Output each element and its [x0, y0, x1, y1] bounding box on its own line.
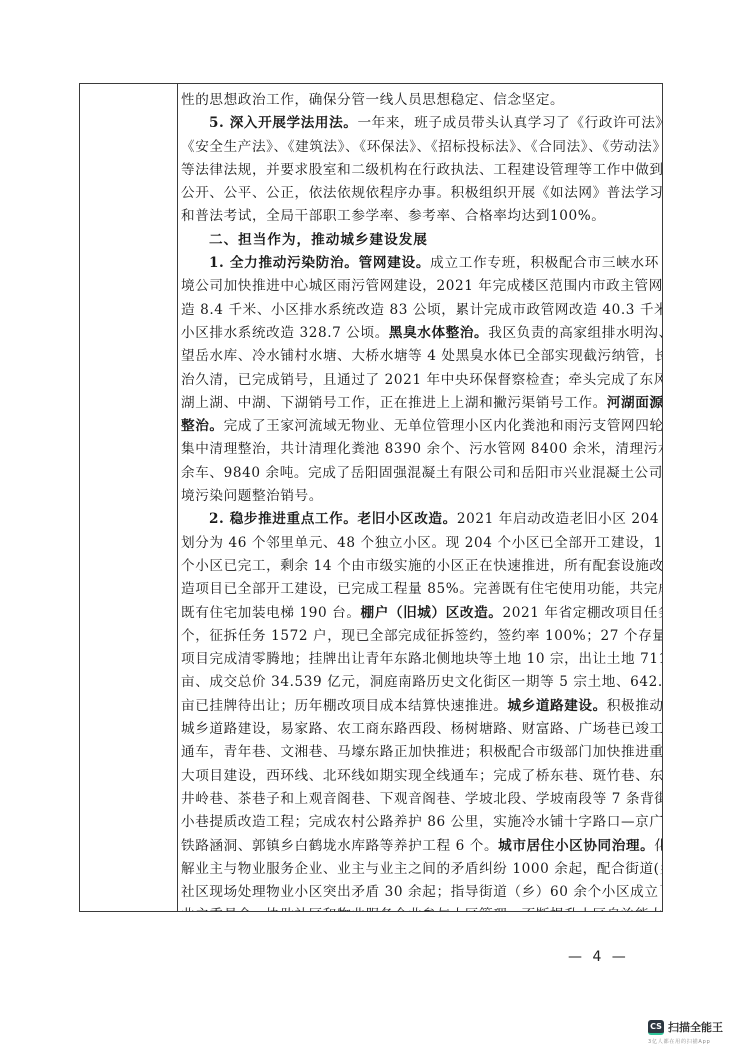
text-line: 造项目已全部开工建设，已完成工程量 85%。完善既有住宅使用功能，共完成 — [181, 578, 659, 601]
text-line: 境公司加快推进中心城区雨污管网建设，2021 年完成楼区范围内市政主管网改 — [181, 275, 659, 298]
line-text: 社区现场处理物业小区突出矛盾 30 余起；指导街道（乡）60 余个小区成立了 — [181, 884, 662, 900]
line-text: 集中清理整治，共计清理化粪池 8390 余个、污水管网 8400 余米，清理污水… — [181, 441, 662, 457]
line-text: 既有住宅加装电梯 190 台。 — [181, 605, 361, 621]
section-heading: 二、担当作为，推动城乡建设发展 — [181, 229, 659, 252]
line-text: 划分为 46 个邻里单元、48 个独立小区。现 204 个小区已全部开工建设，1… — [181, 535, 662, 551]
text-line: 社区现场处理物业小区突出矛盾 30 余起；指导街道（乡）60 余个小区成立了 — [181, 881, 659, 904]
line-text: 和普法考试，全局干部职工参学率、参考率、合格率均达到100%。 — [181, 208, 606, 224]
line-text: 2021 年省定棚改项目任务 7 — [502, 605, 662, 621]
bold-keyword: 1. 全力推动污染防治。管网建设。 — [209, 255, 430, 271]
line-text: 小巷提质改造工程；完成农村公路养护 86 公里，实施冷水铺十字路口—京广 — [181, 814, 662, 830]
line-text: 等法律法规，并要求股室和二级机构在行政执法、工程建设管理等工作中做到 — [181, 162, 662, 178]
bold-keyword: 2. 稳步推进重点工作。老旧小区改造。 — [209, 511, 457, 527]
text-line: 小区排水系统改造 328.7 公顷。黑臭水体整治。我区负责的高家组排水明沟、 — [181, 322, 659, 345]
text-line: 项目完成清零腾地；挂牌出让青年东路北侧地块等土地 10 宗，出让土地 711.1… — [181, 648, 659, 671]
line-text: 化 — [654, 838, 662, 854]
text-line: 公开、公平、公正，依法依规依程序办事。积极组织开展《如法网》普法学习 — [181, 182, 659, 205]
line-text: 成立工作专班，积极配合市三峡水环 — [430, 255, 659, 271]
text-line: 治久清，已完成销号，且通过了 2021 年中央环保督察检查；牵头完成了东风 — [181, 369, 659, 392]
line-text: 我区负责的高家组排水明沟、 — [488, 325, 662, 341]
text-line: 解业主与物业服务企业、业主与业主之间的矛盾纠纷 1000 余起，配合街道(乡)、 — [181, 858, 659, 881]
camscanner-logo-icon: CS — [648, 1020, 664, 1035]
bold-keyword: 城市居住小区协同治理。 — [498, 838, 654, 854]
text-line: 通车，青年巷、文湘巷、马壕东路正加快推进；积极配合市级部门加快推进重 — [181, 741, 659, 764]
bold-keyword: 城乡道路建设。 — [507, 698, 606, 714]
text-line: 城乡道路建设，易家路、农工商东路西段、杨树塘路、财富路、广场巷已竣工 — [181, 718, 659, 741]
text-line: 井岭巷、茶巷子和上观音阁巷、下观音阁巷、学坡北段、学坡南段等 7 条背街 — [181, 788, 659, 811]
line-text: 治久清，已完成销号，且通过了 2021 年中央环保督察检查；牵头完成了东风 — [181, 372, 662, 388]
line-text: 积极推动 — [607, 698, 662, 714]
text-line: 铁路涵洞、郭镇乡白鹤垅水库路等养护工程 6 个。城市居住小区协同治理。化 — [181, 835, 659, 858]
line-text: 个小区已完工，剩余 14 个由市级实施的小区正在快速推进，所有配套设施改 — [181, 558, 662, 574]
bold-keyword: 河湖面源 — [607, 395, 662, 411]
watermark-app-name: 扫描全能王 — [668, 1019, 723, 1035]
text-line: 1. 全力推动污染防治。管网建设。成立工作专班，积极配合市三峡水环 — [181, 252, 659, 275]
line-text: 个，征拆任务 1572 户，现已全部完成征拆签约，签约率 100%；27 个存量… — [181, 628, 662, 644]
line-text: 业主委员会，协助社区和物业服务企业参与小区管理，不断提升小区自治能力， — [181, 907, 662, 911]
line-text: 解业主与物业服务企业、业主与业主之间的矛盾纠纷 1000 余起，配合街道(乡)、 — [181, 861, 662, 877]
line-text: 大项目建设，西环线、北环线如期实现全线通车；完成了桥东巷、斑竹巷、东 — [181, 768, 662, 784]
text-line: 业主委员会，协助社区和物业服务企业参与小区管理，不断提升小区自治能力， — [181, 904, 659, 911]
bold-keyword: 整治。 — [181, 418, 224, 434]
line-text: 井岭巷、茶巷子和上观音阁巷、下观音阁巷、学坡北段、学坡南段等 7 条背街 — [181, 791, 662, 807]
line-text: 公开、公平、公正，依法依规依程序办事。积极组织开展《如法网》普法学习 — [181, 185, 662, 201]
table-label-cell — [80, 84, 178, 911]
line-text: 造 8.4 千米、小区排水系统改造 83 公顷，累计完成市政管网改造 40.3 … — [181, 302, 662, 318]
line-text: 完成了王家河流域无物业、无单位管理小区内化粪池和雨污支管网四轮 — [224, 418, 662, 434]
line-text: 境公司加快推进中心城区雨污管网建设，2021 年完成楼区范围内市政主管网改 — [181, 278, 662, 294]
text-line: 性的思想政治工作，确保分管一线人员思想稳定、信念坚定。 — [181, 89, 659, 112]
line-text: 2021 年启动改造老旧小区 204 个， — [457, 511, 662, 527]
line-text: 铁路涵洞、郭镇乡白鹤垅水库路等养护工程 6 个。 — [181, 838, 498, 854]
table-content-cell: 性的思想政治工作，确保分管一线人员思想稳定、信念坚定。5. 深入开展学法用法。一… — [178, 84, 662, 911]
camscanner-watermark: CS 扫描全能王 3亿人都在用的扫描App — [648, 1019, 723, 1045]
line-text: 亩、成交总价 34.539 亿元，洞庭南路历史文化街区一期等 5 宗土地、642… — [181, 674, 662, 690]
line-text: 《安全生产法》、《建筑法》、《环保法》、《招标投标法》、《合同法》、《劳动法》 — [181, 139, 662, 155]
page-number: — 4 — — [568, 949, 629, 965]
text-line: 《安全生产法》、《建筑法》、《环保法》、《招标投标法》、《合同法》、《劳动法》 — [181, 136, 659, 159]
heading-text: 二、担当作为，推动城乡建设发展 — [209, 232, 428, 248]
line-text: 余车、9840 余吨。完成了岳阳固强混凝土有限公司和岳阳市兴业混凝土公司环 — [181, 465, 662, 481]
text-line: 境污染问题整治销号。 — [181, 485, 659, 508]
text-line: 湖上湖、中湖、下湖销号工作，正在推进上上湖和撇污渠销号工作。河湖面源 — [181, 392, 659, 415]
text-line: 大项目建设，西环线、北环线如期实现全线通车；完成了桥东巷、斑竹巷、东 — [181, 765, 659, 788]
document-table: 性的思想政治工作，确保分管一线人员思想稳定、信念坚定。5. 深入开展学法用法。一… — [79, 83, 663, 912]
bold-keyword: 黑臭水体整治。 — [389, 325, 488, 341]
line-text: 亩已挂牌待出让；历年棚改项目成本结算快速推进。 — [181, 698, 507, 714]
line-text: 境污染问题整治销号。 — [181, 488, 323, 504]
text-line: 小巷提质改造工程；完成农村公路养护 86 公里，实施冷水铺十字路口—京广 — [181, 811, 659, 834]
text-line: 整治。完成了王家河流域无物业、无单位管理小区内化粪池和雨污支管网四轮 — [181, 415, 659, 438]
text-line: 个小区已完工，剩余 14 个由市级实施的小区正在快速推进，所有配套设施改 — [181, 555, 659, 578]
text-line: 等法律法规，并要求股室和二级机构在行政执法、工程建设管理等工作中做到 — [181, 159, 659, 182]
text-line: 既有住宅加装电梯 190 台。棚户（旧城）区改造。2021 年省定棚改项目任务 … — [181, 602, 659, 625]
bold-keyword: 5. 深入开展学法用法。 — [209, 115, 357, 131]
text-line: 5. 深入开展学法用法。一年来，班子成员带头认真学习了《行政许可法》、 — [181, 112, 659, 135]
line-text: 望岳水库、冷水铺村水塘、大桥水塘等 4 处黑臭水体已全部实现截污纳管，长 — [181, 348, 662, 364]
line-text: 造项目已全部开工建设，已完成工程量 85%。完善既有住宅使用功能，共完成 — [181, 581, 662, 597]
text-line: 2. 稳步推进重点工作。老旧小区改造。2021 年启动改造老旧小区 204 个， — [181, 508, 659, 531]
text-line: 造 8.4 千米、小区排水系统改造 83 公顷，累计完成市政管网改造 40.3 … — [181, 299, 659, 322]
text-line: 亩、成交总价 34.539 亿元，洞庭南路历史文化街区一期等 5 宗土地、642… — [181, 671, 659, 694]
line-text: 性的思想政治工作，确保分管一线人员思想稳定、信念坚定。 — [181, 92, 564, 108]
text-line: 和普法考试，全局干部职工参学率、参考率、合格率均达到100%。 — [181, 205, 659, 228]
line-text: 通车，青年巷、文湘巷、马壕东路正加快推进；积极配合市级部门加快推进重 — [181, 744, 662, 760]
line-text: 一年来，班子成员带头认真学习了《行政许可法》、 — [357, 115, 662, 131]
watermark-tagline: 3亿人都在用的扫描App — [648, 1038, 723, 1045]
text-line: 亩已挂牌待出让；历年棚改项目成本结算快速推进。城乡道路建设。积极推动 — [181, 695, 659, 718]
text-line: 集中清理整治，共计清理化粪池 8390 余个、污水管网 8400 余米，清理污水… — [181, 438, 659, 461]
text-line: 划分为 46 个邻里单元、48 个独立小区。现 204 个小区已全部开工建设，1… — [181, 532, 659, 555]
line-text: 城乡道路建设，易家路、农工商东路西段、杨树塘路、财富路、广场巷已竣工 — [181, 721, 662, 737]
line-text: 项目完成清零腾地；挂牌出让青年东路北侧地块等土地 10 宗，出让土地 711.1… — [181, 651, 662, 667]
text-line: 余车、9840 余吨。完成了岳阳固强混凝土有限公司和岳阳市兴业混凝土公司环 — [181, 462, 659, 485]
text-line: 望岳水库、冷水铺村水塘、大桥水塘等 4 处黑臭水体已全部实现截污纳管，长 — [181, 345, 659, 368]
line-text: 小区排水系统改造 328.7 公顷。 — [181, 325, 389, 341]
line-text: 湖上湖、中湖、下湖销号工作，正在推进上上湖和撇污渠销号工作。 — [181, 395, 607, 411]
text-line: 个，征拆任务 1572 户，现已全部完成征拆签约，签约率 100%；27 个存量… — [181, 625, 659, 648]
bold-keyword: 棚户（旧城）区改造。 — [361, 605, 503, 621]
